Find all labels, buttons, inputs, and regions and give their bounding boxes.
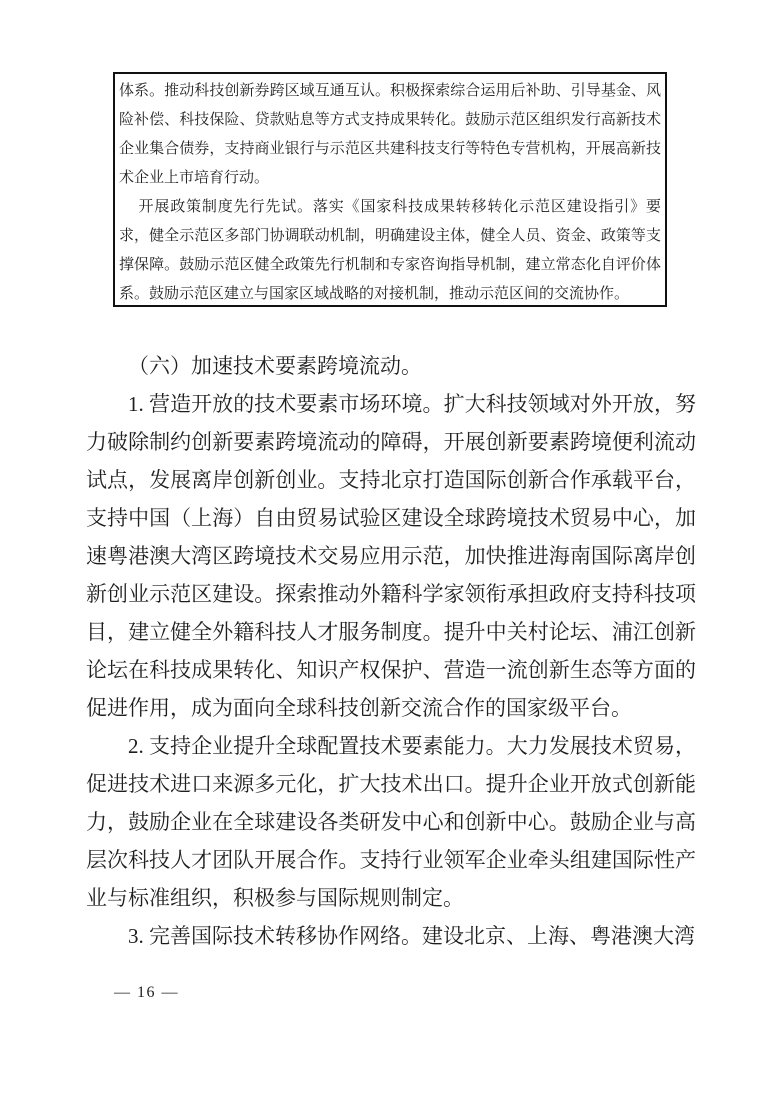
body-paragraph: 2. 支持企业提升全球配置技术要素能力。大力发展技术贸易，促进技术进口来源多元化… — [86, 727, 696, 917]
box-paragraph: 开展政策制度先行先试。落实《国家科技成果转移转化示范区建设指引》要求，健全示范区… — [119, 193, 661, 309]
section-heading: （六）加速技术要素跨境流动。 — [86, 347, 696, 385]
policy-notice-box: 体系。推动科技创新券跨区域互通互认。积极探索综合运用后补助、引导基金、风险补偿、… — [113, 72, 667, 307]
page-footer: — 16 — — [114, 984, 179, 1002]
body-text-block: （六）加速技术要素跨境流动。 1. 营造开放的技术要素市场环境。扩大科技领域对外… — [86, 347, 696, 955]
document-page: 体系。推动科技创新券跨区域互通互认。积极探索综合运用后补助、引导基金、风险补偿、… — [0, 0, 780, 1103]
page-number: — 16 — — [114, 984, 179, 1001]
body-paragraph: 1. 营造开放的技术要素市场环境。扩大科技领域对外开放，努力破除制约创新要素跨境… — [86, 385, 696, 727]
body-paragraph: 3. 完善国际技术转移协作网络。建设北京、上海、粤港澳大湾 — [86, 917, 696, 955]
box-paragraph: 体系。推动科技创新券跨区域互通互认。积极探索综合运用后补助、引导基金、风险补偿、… — [119, 77, 661, 193]
